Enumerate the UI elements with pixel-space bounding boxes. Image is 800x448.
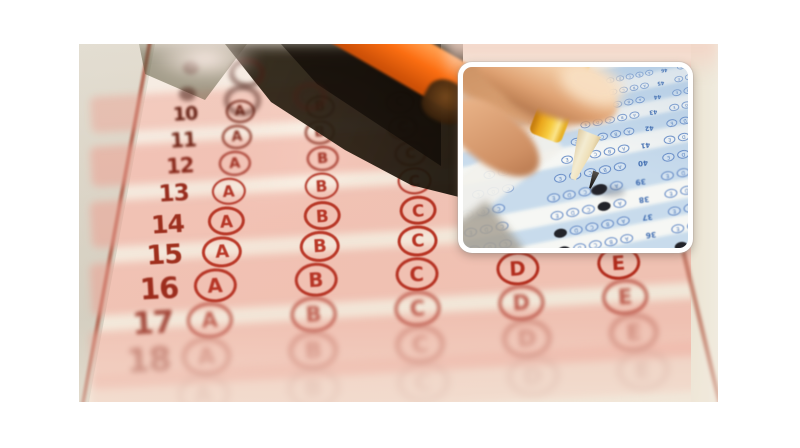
bottom-blur-fade [79,318,718,402]
question-number: 16 [132,270,186,307]
question-number: 13 [153,179,196,208]
bubble-letter: B [315,205,329,226]
bubble-letter: A [219,210,233,231]
bubble-letter: B [308,268,324,292]
inset-photo: EDCEDCBA46EDCBAEDCEDCBA45EDCBAEDCEDCBA44… [463,67,688,248]
question-number: 10 [167,102,202,127]
bubble-letter: E [617,285,633,310]
inset-photo-frame: EDCEDCBA46EDCBAEDCEDCBA45EDCBAEDCEDCBA44… [458,62,693,253]
screenshot-canvas: 10ABCDE11ABCDE12ABCDE13ABCDE14ABCDE15ABC… [0,0,800,448]
answer-row: 11ABCDE [164,129,165,153]
bubble-letter: C [410,230,424,252]
question-number: 14 [144,208,191,239]
bubble-letter: E [611,251,626,275]
faint-number [179,87,196,101]
bubble-letter: D [512,290,531,315]
bubble-letter: B [317,150,329,167]
bubble-letter: C [409,262,425,286]
bubble-letter: A [229,155,241,172]
bubble-letter: A [207,274,224,298]
answer-row: 10ABCDE [167,104,168,127]
bubble-letter: A [214,241,229,263]
bubble-letter: B [312,235,327,257]
bubble-letter: A [231,129,243,146]
bubble-letter: D [509,257,527,281]
bubble-letter: A [222,181,235,201]
bubble-letter: B [315,176,328,196]
question-number: 15 [139,238,189,272]
answer-row: 13ABCDE [153,182,155,209]
highlight-top-left [149,44,261,82]
faint-bubble [293,82,327,111]
answer-row: 12ABCDE [160,155,161,180]
question-number: 12 [160,152,199,179]
question-number: 11 [164,127,201,153]
faint-bubble [224,85,261,116]
bubble-letter: C [411,199,424,220]
